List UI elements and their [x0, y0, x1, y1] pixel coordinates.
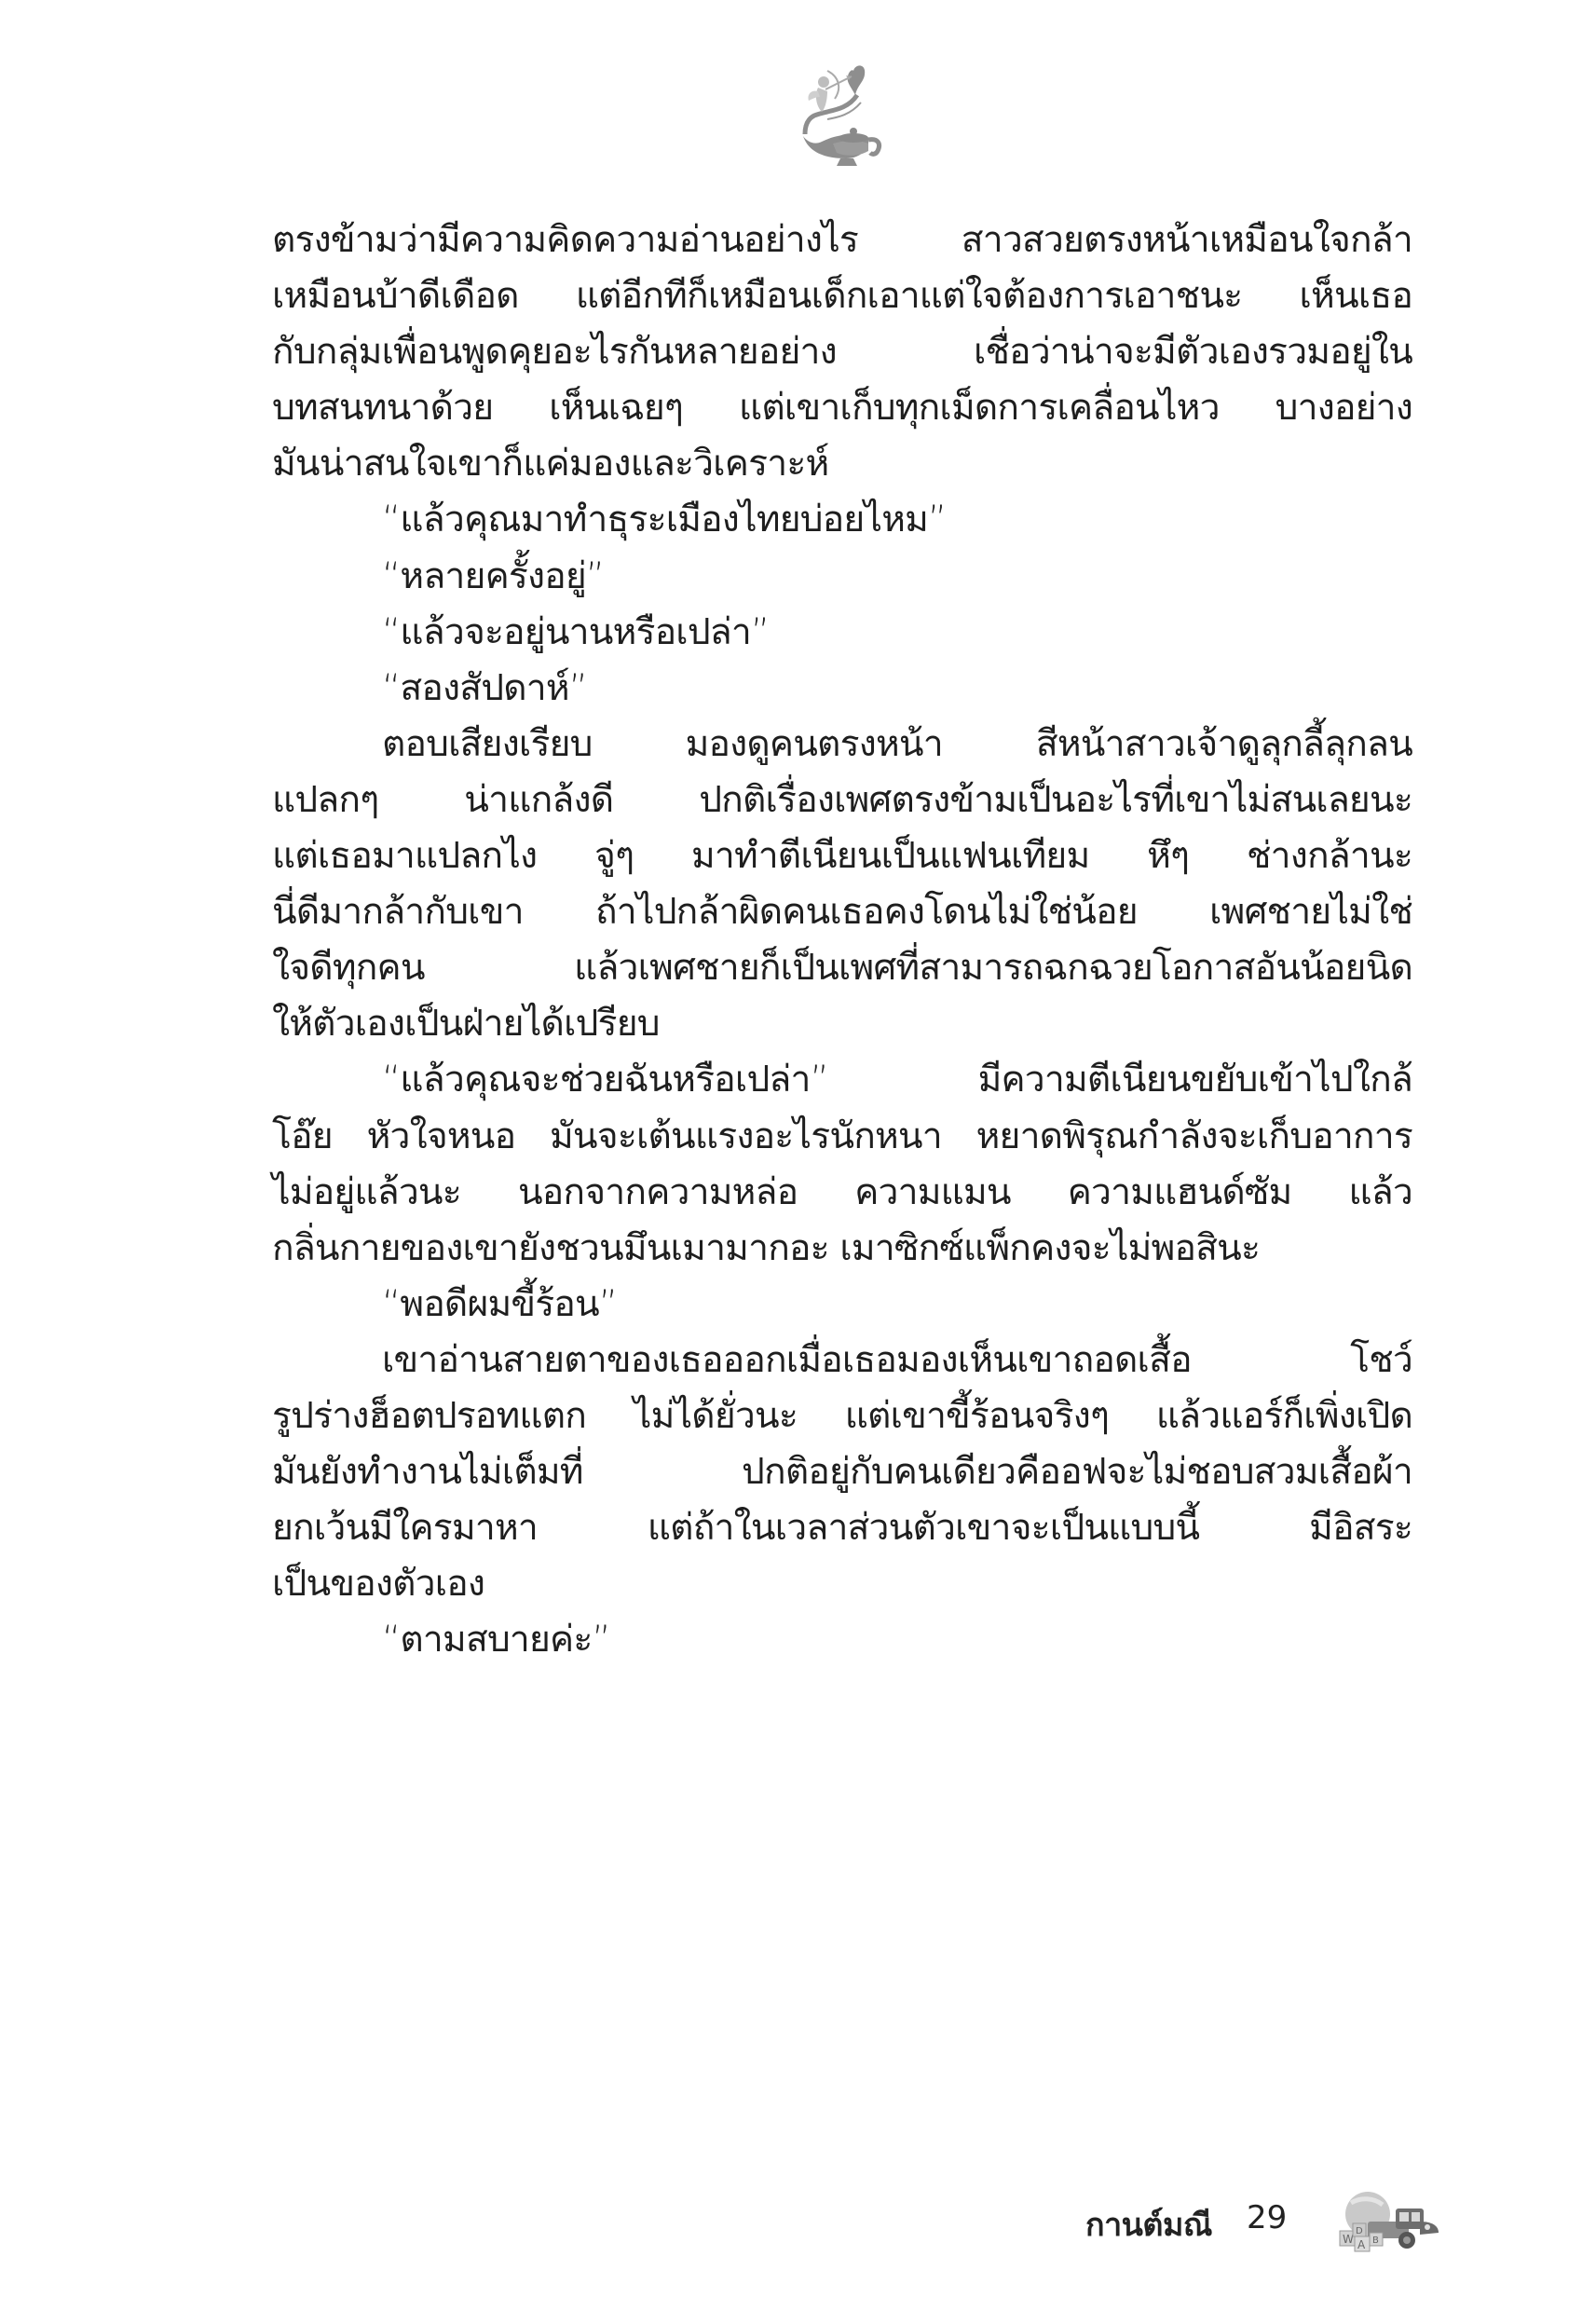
text-line: เหมือนบ้าดีเดือด แต่อีกทีก็เหมือนเด็กเอา… — [272, 268, 1412, 324]
page-number: 29 — [1247, 2199, 1287, 2236]
book-title: กานต์มณี — [1085, 2199, 1212, 2249]
svg-text:A: A — [1357, 2238, 1366, 2251]
text-line: ใจดีทุกคน แล้วเพศชายก็เป็นเพศที่สามารถฉก… — [272, 940, 1412, 996]
text-line: รูปร่างฮ็อตปรอทแตก ไม่ได้ยั่วนะ แต่เขาขี… — [272, 1388, 1412, 1444]
body-text: ตรงข้ามว่ามีความคิดความอ่านอย่างไร สาวสว… — [272, 212, 1412, 1668]
text-line: กับกลุ่มเพื่อนพูดคุยอะไรกันหลายอย่าง เชื… — [272, 324, 1412, 380]
dialogue-line: “ตามสบายค่ะ” — [272, 1612, 1412, 1668]
text-line: ยกเว้นมีใครมาหา แต่ถ้าในเวลาส่วนตัวเขาจะ… — [272, 1500, 1412, 1556]
dialogue-line: “พอดีผมขี้ร้อน” — [272, 1277, 1412, 1333]
toys-ball-blocks-car-icon: W D A B — [1330, 2190, 1452, 2260]
text-line: เป็นของตัวเอง — [272, 1556, 1412, 1612]
dialogue-line: “แล้วคุณมาทำธุระเมืองไทยบ่อยไหม” — [272, 492, 1412, 548]
paragraph-start-line: เขาอ่านสายตาของเธอออกเมื่อเธอมองเห็นเขาถ… — [272, 1333, 1412, 1388]
genie-lamp-cupid-icon — [781, 54, 902, 175]
dialogue-line: “แล้วจะอยู่นานหรือเปล่า” — [272, 605, 1412, 661]
svg-text:W: W — [1343, 2233, 1354, 2246]
text-line: มันน่าสนใจเขาก็แค่มองและวิเคราะห์ — [272, 436, 1412, 492]
paragraph-start-line: “แล้วคุณจะช่วยฉันหรือเปล่า” มีความตีเนีย… — [272, 1052, 1412, 1108]
text-line: บทสนทนาด้วย เห็นเฉยๆ แต่เขาเก็บทุกเม็ดกา… — [272, 380, 1412, 436]
text-line: โอ๊ย หัวใจหนอ มันจะเต้นแรงอะไรนักหนา หยา… — [272, 1109, 1412, 1165]
text-line: มันยังทำงานไม่เต็มที่ ปกติอยู่กับคนเดียว… — [272, 1444, 1412, 1500]
text-line: นี่ดีมากล้ากับเขา ถ้าไปกล้าผิดคนเธอคงโดน… — [272, 884, 1412, 940]
book-page: ตรงข้ามว่ามีความคิดความอ่านอย่างไร สาวสว… — [0, 0, 1596, 2311]
dialogue-line: “หลายครั้งอยู่” — [272, 549, 1412, 605]
svg-text:B: B — [1372, 2236, 1379, 2246]
svg-text:D: D — [1356, 2226, 1363, 2236]
dialogue-line: “สองสัปดาห์” — [272, 661, 1412, 717]
text-line: ไม่อยู่แล้วนะ นอกจากความหล่อ ความแมน ควา… — [272, 1165, 1412, 1221]
text-line: กลิ่นกายของเขายังชวนมึนเมามากอะ เมาซิกซ์… — [272, 1221, 1412, 1277]
page-footer: กานต์มณี 29 W D — [0, 2190, 1596, 2264]
text-line: ตรงข้ามว่ามีความคิดความอ่านอย่างไร สาวสว… — [272, 212, 1412, 268]
paragraph-start-line: ตอบเสียงเรียบ มองดูคนตรงหน้า สีหน้าสาวเจ… — [272, 717, 1412, 773]
text-line: แต่เธอมาแปลกไง จู่ๆ มาทำตีเนียนเป็นแฟนเท… — [272, 828, 1412, 884]
text-line: ให้ตัวเองเป็นฝ่ายได้เปรียบ — [272, 996, 1412, 1052]
text-line: แปลกๆ น่าแกล้งดี ปกติเรื่องเพศตรงข้ามเป็… — [272, 773, 1412, 828]
